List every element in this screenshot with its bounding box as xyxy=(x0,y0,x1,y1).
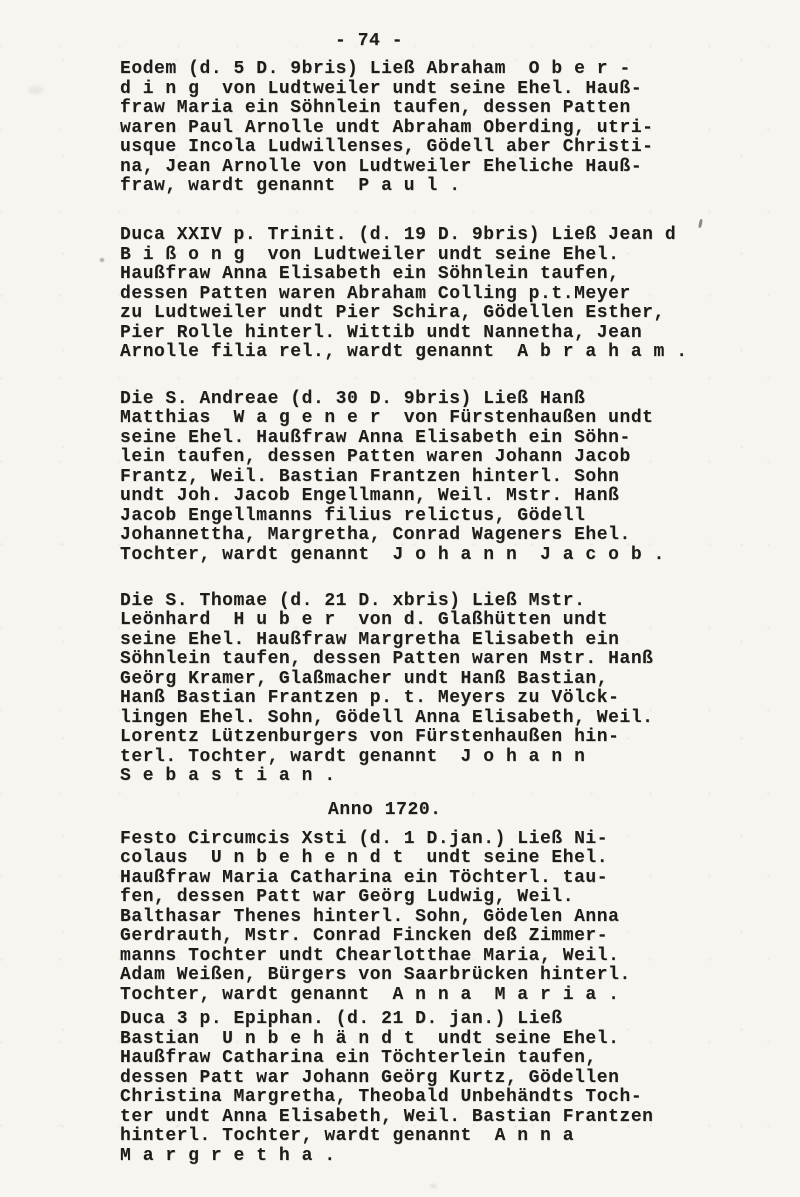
scan-smudge xyxy=(430,1184,437,1188)
baptism-entry-unbehendt: Festo Circumcis Xsti (d. 1 D.jan.) Ließ … xyxy=(120,830,774,1006)
baptism-entry-bissong: Duca XXIV p. Trinit. (d. 19 D. 9bris) Li… xyxy=(120,226,774,363)
scan-smudge xyxy=(100,258,104,262)
page-number: - 74 - xyxy=(335,32,403,52)
baptism-entry-oberding: Eodem (d. 5 D. 9bris) Ließ Abraham O b e… xyxy=(120,60,774,197)
section-heading-anno-1720: Anno 1720. xyxy=(328,801,442,821)
scanned-register-page: - 74 - Eodem (d. 5 D. 9bris) Ließ Abraha… xyxy=(0,0,800,1197)
baptism-entry-wagener: Die S. Andreae (d. 30 D. 9bris) Ließ Han… xyxy=(120,390,774,566)
baptism-entry-unbehaendt: Duca 3 p. Epiphan. (d. 21 D. jan.) Ließ … xyxy=(120,1010,774,1166)
baptism-entry-huber: Die S. Thomae (d. 21 D. xbris) Ließ Mstr… xyxy=(120,592,774,787)
scan-smudge xyxy=(28,86,43,94)
